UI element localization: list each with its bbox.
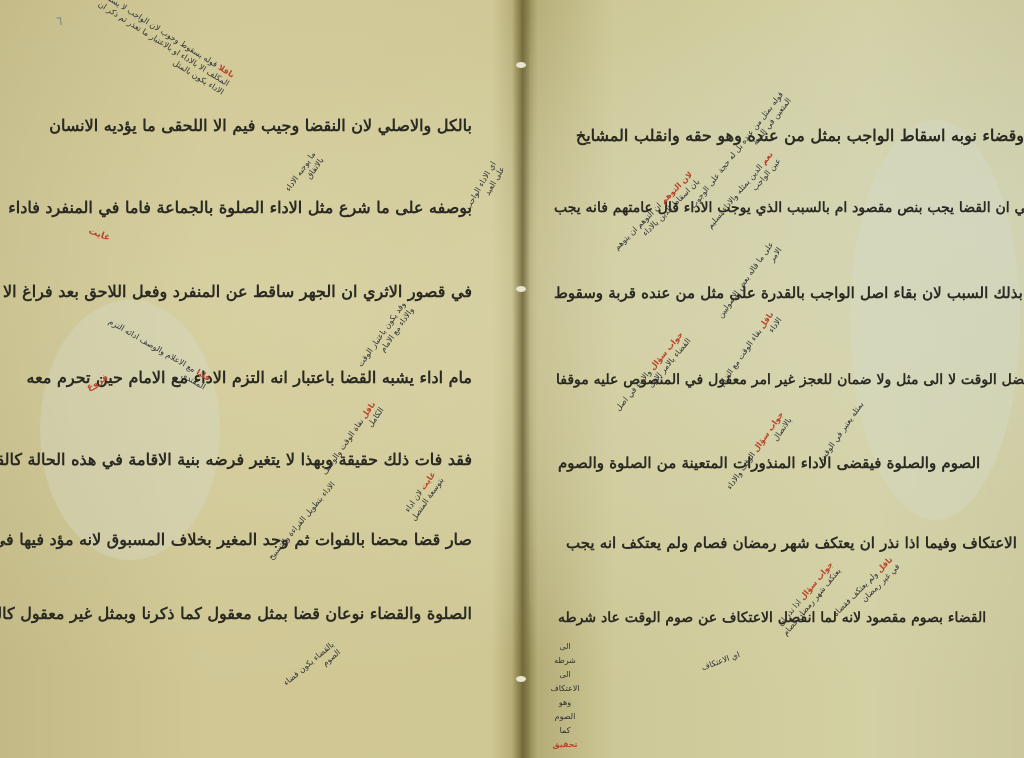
marginal-gloss: غايت لان اداء بتوسعة المتصل [390,470,447,539]
marginal-gloss: اي الاعتكاف [682,650,742,680]
marginal-gloss: ناقل نفاة الوقت والوصف الكامل [313,400,387,493]
main-text-line: القضاء بصوم مقصود لانه لما انفصل الاعتكا… [558,610,986,626]
main-text-line: في قصور الاثري ان الجهر ساقط عن المنفرد … [3,282,472,301]
marginal-gloss: جواب سؤال اذا نذر ان يعتكف شهر رمضان فصا… [764,560,844,649]
main-text-line: بالكل والاصلي لان النقضا وجيب فيم الا ال… [49,116,472,135]
marginal-gloss: اي الاداء الواجب على العبد [460,160,507,222]
marginal-gloss: ناقلا قوله بسقوط وجوب لان الواجب لا يسقط… [76,0,236,97]
main-text-line: فضل الوقت لا الى مثل ولا ضمان للعجز غير … [556,372,1024,388]
red-note: غايت [87,226,112,243]
marginal-gloss: الاداء بتطويل القراءة والتسبيح [266,480,338,563]
main-text-line: وقضاء نوبه اسقاط الواجب بمثل من عنده وهو… [558,126,1024,145]
main-text-line: في ان القضا يجب بنص مقصود ام بالسبب الذي… [554,200,1024,216]
main-text-line: فقد فات ذلك حقيقة وبهذا لا يتغير فرضه بن… [0,450,472,469]
marginal-gloss: بالقضاء يكون قضاء الصوم [269,640,343,707]
main-text-line: الصلوة والقضاء نوعان قضا بمثل معقول كما … [0,604,472,623]
main-text-line: الاعتكاف وفيما اذا نذر ان يعتكف شهر رمضا… [566,534,1017,552]
main-text-line: بذلك السبب لان بقاء اصل الواجب بالقدرة ع… [554,284,1023,302]
vertical-marginal-note: الى شرطه الى الاعتكاف وهو الصوم كما تحقي… [550,640,580,752]
left-page: بالكل والاصلي لان النقضا وجيب فيم الا ال… [0,0,520,758]
manuscript-spread: ٦ بالكل والاصلي لان النقضا وجيب فيم الا … [0,0,1024,758]
main-text-line: بوصفه على ما شرع مثل الاداء الصلوة بالجم… [8,198,472,217]
right-page: وقضاء نوبه اسقاط الواجب بمثل من عنده وهو… [528,0,1024,758]
